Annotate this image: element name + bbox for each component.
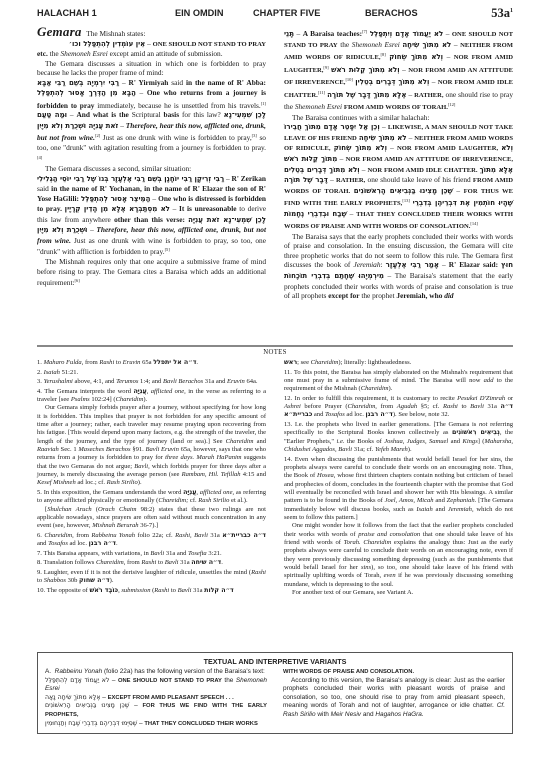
gemara-paragraph: The Gemara discusses a situation in whic… xyxy=(37,59,266,78)
variant-line: שֶׁכֵּן מָצִינוּ בַּנְּבִיאִים הָרִאשׁוֹ… xyxy=(45,702,267,719)
gemara-left-column: Gemara The Mishnah states: אֵין עוֹמְדִי… xyxy=(37,27,266,288)
note-item: 14. Even when discussing the punishments… xyxy=(284,456,513,523)
gemara-paragraph: וְכֵן אַל יִפָּטֵר אָדָם מִתּוֹךְ חֲבֵיר… xyxy=(284,122,513,231)
variants-right-column: WITH WORDS OF PRAISE AND CONSOLATION. Ac… xyxy=(283,668,505,720)
note-paragraph: One might wonder how it follows from the… xyxy=(284,522,513,589)
gemara-paragraph: The Mishnah requires only that one acqui… xyxy=(37,257,266,288)
gemara-right-column: תָּנֵי – A Baraisa teaches:[7] לֹא יַעֲמ… xyxy=(284,27,513,301)
gemara-paragraph: The Gemara discusses a second, similar s… xyxy=(37,164,266,174)
hebrew-text: אֵין עוֹמְדִין לְהִתְפַּלֵּל וכו׳ xyxy=(69,40,145,48)
note-item: 2. Isaiah 51:21. xyxy=(37,369,266,377)
variant-explanation: According to this version, the Baraisa's… xyxy=(283,677,505,720)
tractate-name: BERACHOS xyxy=(365,8,418,18)
variant-reference: For another text of our Gemara, see Vari… xyxy=(284,589,513,597)
notes-right-column: ראש; see Chareidim); literally: lighthea… xyxy=(284,359,513,599)
notes-divider xyxy=(37,345,513,347)
gemara-paragraph: תָּנֵי – A Baraisa teaches:[7] לֹא יַעֲמ… xyxy=(284,27,513,113)
note-item: 6. Chareidim, from Rabbeinu Yonah folio … xyxy=(37,532,266,549)
gemara-paragraph: The Baraisa continues with a similar hal… xyxy=(284,113,513,123)
note-item: 4. The Gemara interprets the word עֲנִיָ… xyxy=(37,388,266,405)
variant-line: לֹא יַעֲמוֹד אָדָם לְהִתְפַּלֵּל – ONE S… xyxy=(45,677,267,694)
variants-left-column: A. Rabbeinu Yonah (folio 22a) has the fo… xyxy=(45,668,267,728)
halachah-label: HALACHAH 1 xyxy=(37,8,97,18)
gemara-text: Gemara The Mishnah states: אֵין עוֹמְדִי… xyxy=(37,27,513,339)
gemara-paragraph: רַבִּי יִרְמְיָה בְּשֵׁם רַבִּי אַבָּא –… xyxy=(37,78,266,164)
note-item: 10. The opposite of כּוֹבֶד רֹאשׁ, submi… xyxy=(37,587,266,595)
gemara-paragraph: The Baraisa says that the early prophets… xyxy=(284,232,513,301)
gemara-paragraph: Gemara The Mishnah states: אֵין עוֹמְדִי… xyxy=(37,27,266,59)
note-item: 11. To this point, the Baraisa has simpl… xyxy=(284,369,513,394)
note-item: 7. This Baraisa appears, with variations… xyxy=(37,550,266,558)
note-item: 1. Maharo Fulda, from Rashi to Eruvin 65… xyxy=(37,359,266,367)
note-continuation: ראש; see Chareidim); literally: lighthea… xyxy=(284,359,513,367)
tractate-hebrew-name: EIN OMDIN xyxy=(175,8,224,18)
note-item: 3. Yerushalmi above, 4:1, and Terumos 1:… xyxy=(37,378,266,386)
note-paragraph: Our Gemara simply forbids prayer after a… xyxy=(37,404,266,487)
note-item: 13. I.e. the prophets who lived in earli… xyxy=(284,421,513,454)
note-item: 12. In order to fulfill this requirement… xyxy=(284,395,513,420)
running-head: HALACHAH 1 EIN OMDIN CHAPTER FIVE BERACH… xyxy=(37,8,513,22)
variant-line: אֶלָּא מִתּוֹךְ שִׂיחָה נָאָה – EXCEPT F… xyxy=(45,694,267,703)
note-item: 8. Translation follows Chareidim, from R… xyxy=(37,559,266,567)
variant-a-intro: A. Rabbeinu Yonah (folio 22a) has the fo… xyxy=(45,668,267,677)
variant-line: WITH WORDS OF PRAISE AND CONSOLATION. xyxy=(283,668,505,677)
gemara-paragraph: רַבִּי זְרִיקָן רַבִּי יוֹחָנָן בְּשֵׁם … xyxy=(37,174,266,257)
notes-left-column: 1. Maharo Fulda, from Rashi to Eruvin 65… xyxy=(37,359,266,596)
gemara-title: Gemara xyxy=(37,24,82,39)
note-item: 5. In this exposition, the Gemara unders… xyxy=(37,489,266,506)
notes-header: NOTES xyxy=(37,349,513,356)
chapter-label: CHAPTER FIVE xyxy=(253,8,320,18)
folio-number: 53a1 xyxy=(491,6,513,21)
note-item: 9. Laughter, even if it is not the deris… xyxy=(37,569,266,586)
variant-line: שֶׁסִּיְּמוּ דִּבְרֵיהֶם בְּדִבְרֵי שֶׁב… xyxy=(45,720,267,729)
variants-title: TEXTUAL AND INTERPRETIVE VARIANTS xyxy=(38,657,512,666)
note-paragraph: [Shulchan Aruch (Orach Chaim 98:2) state… xyxy=(37,506,266,531)
textual-variants-box: TEXTUAL AND INTERPRETIVE VARIANTS A. Rab… xyxy=(37,652,513,734)
